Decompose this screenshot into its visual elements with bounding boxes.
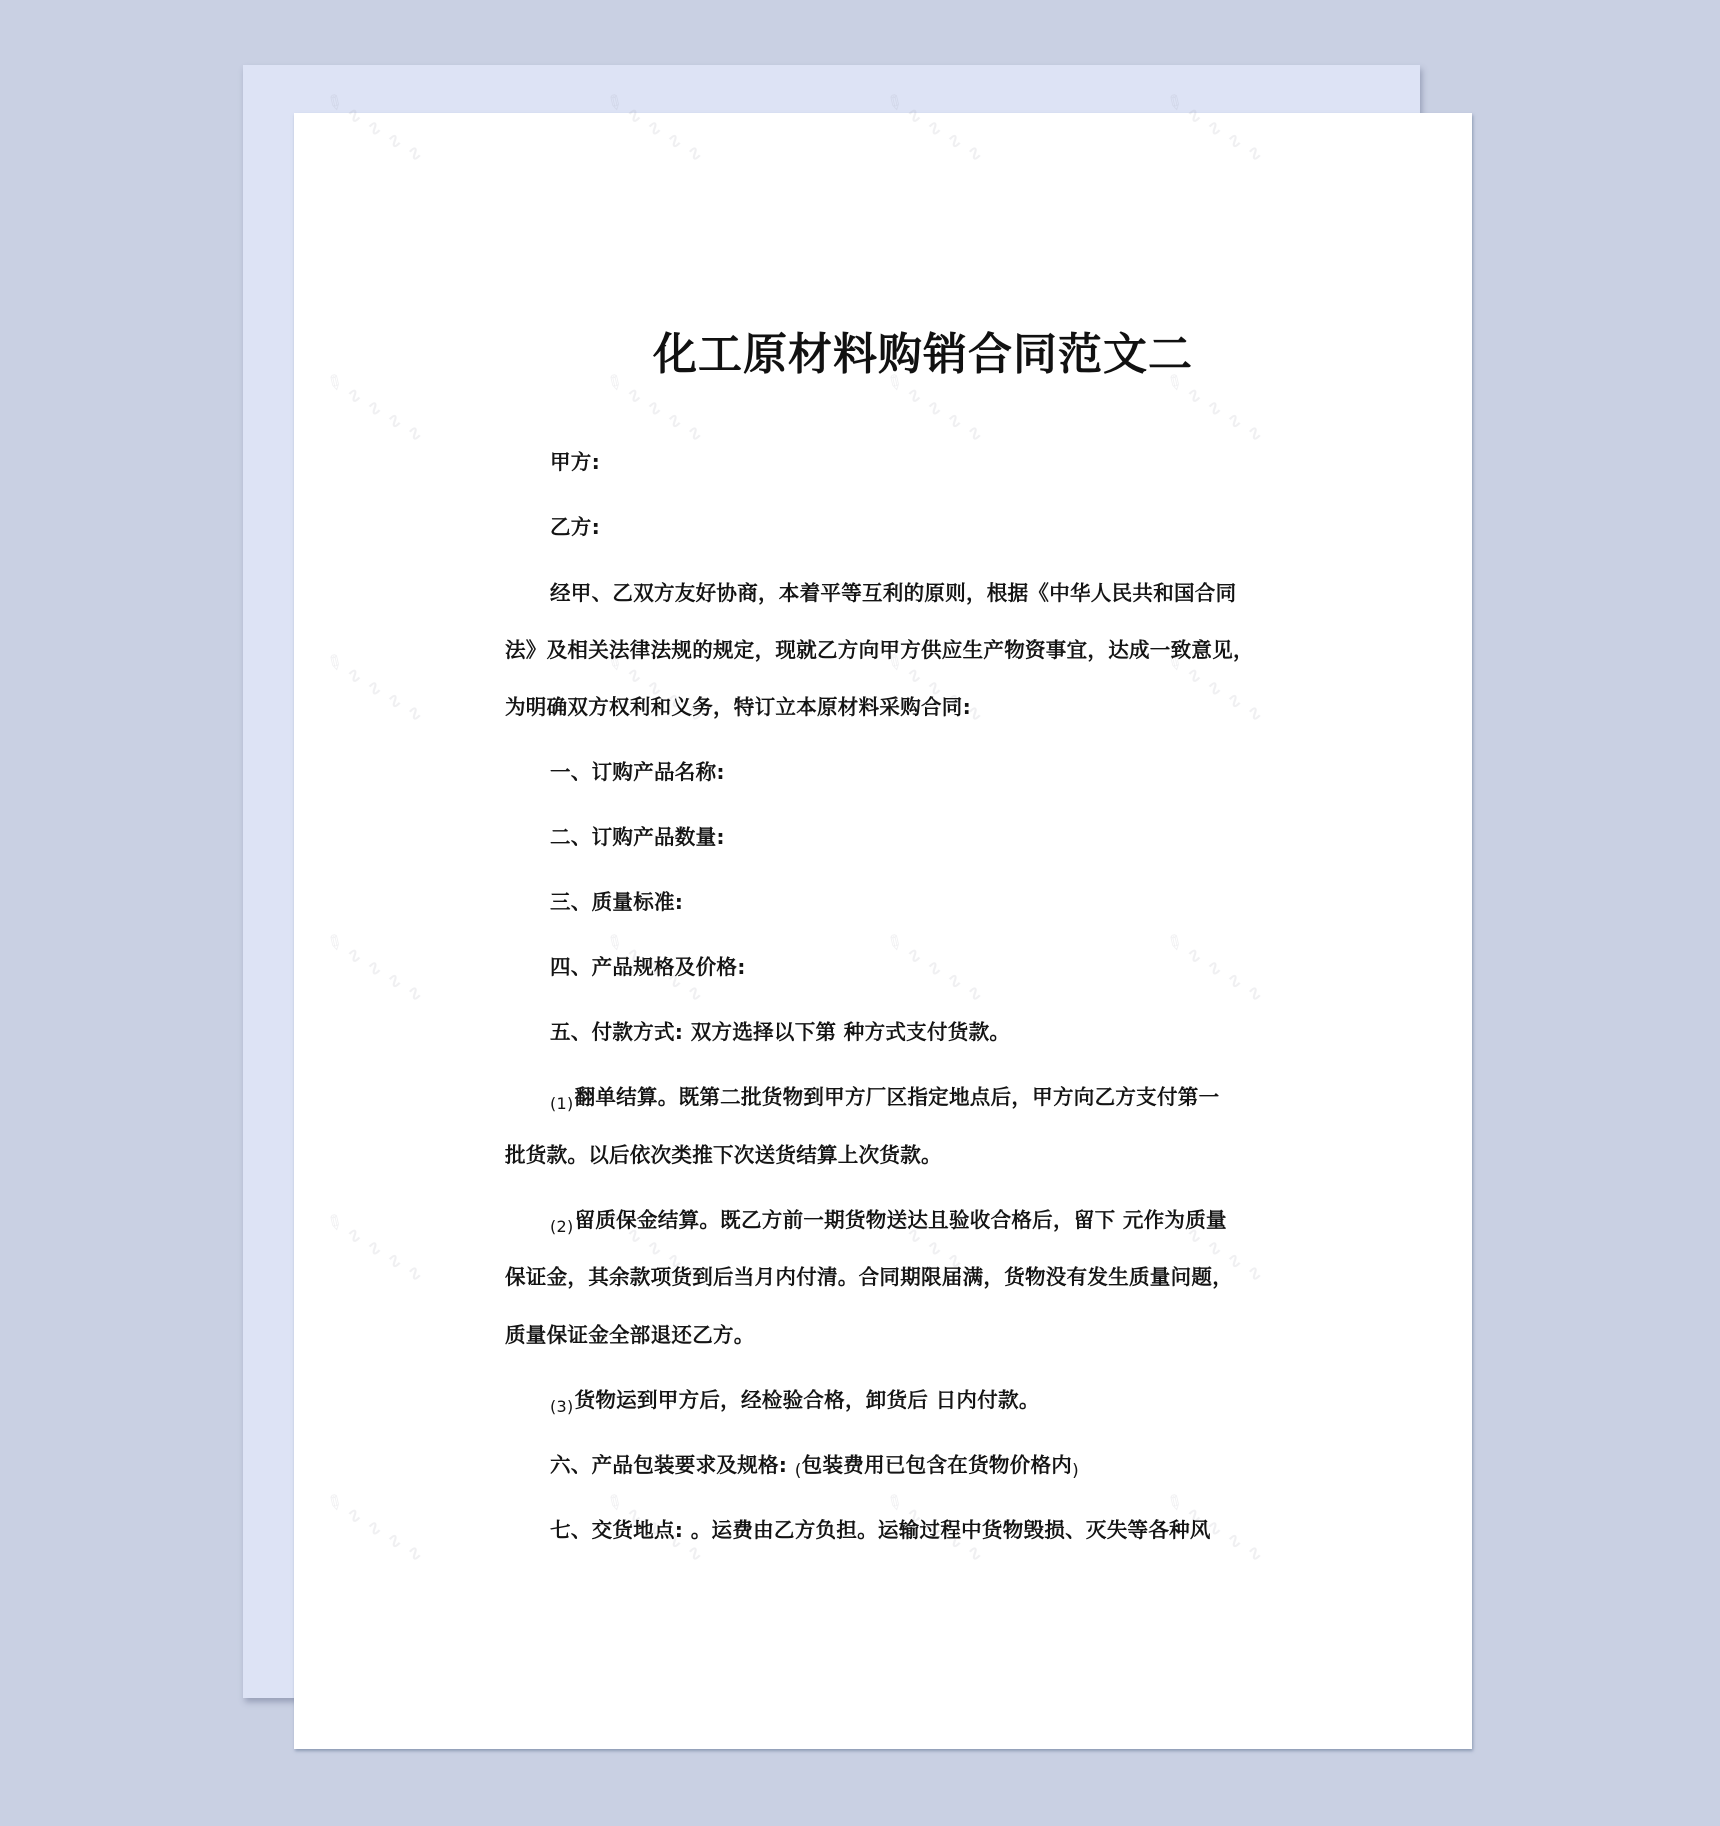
open-paren: ( (795, 1461, 802, 1481)
packaging-note: 包装费用已包含在货物价格内 (802, 1453, 1072, 1477)
option-number: (2) (550, 1217, 574, 1236)
payment-option-1: (1)翻单结算。既第二批货物到甲方厂区指定地点后，甲方向乙方支付第一 (550, 1080, 1219, 1110)
watermark: ✎ ∿ ∿ ∿ ∿ (321, 648, 428, 728)
option-text: 留质保金结算。既乙方前一期货物送达且验收合格后，留下 元作为质量 (575, 1208, 1227, 1232)
section-packaging: 六、产品包装要求及规格: (包装费用已包含在货物价格内) (550, 1448, 1079, 1478)
option-number: (1) (550, 1094, 574, 1113)
intro-paragraph-line: 为明确双方权利和义务，特订立本原材料采购合同: (505, 690, 971, 720)
watermark: ✎ ∿ ∿ ∿ ∿ (881, 928, 988, 1008)
intro-paragraph-line: 经甲、乙双方友好协商，本着平等互利的原则，根据《中华人民共和国合同 (550, 576, 1236, 606)
payment-option-2: (2)留质保金结算。既乙方前一期货物送达且验收合格后，留下 元作为质量 (550, 1203, 1227, 1233)
watermark: ✎ ∿ ∿ ∿ ∿ (321, 1208, 428, 1288)
party-b-label: 乙方: (550, 510, 600, 540)
payment-option-3: (3)货物运到甲方后，经检验合格，卸货后 日内付款。 (550, 1383, 1040, 1413)
watermark: ✎ ∿ ∿ ∿ ∿ (321, 928, 428, 1008)
option-number: (3) (550, 1397, 574, 1416)
document-title: 化工原材料购销合同范文二 (294, 318, 1472, 382)
close-paren: ) (1072, 1461, 1079, 1481)
section-product-quantity: 二、订购产品数量: (550, 820, 725, 850)
option-text: 货物运到甲方后，经检验合格，卸货后 日内付款。 (575, 1388, 1040, 1412)
section-spec-price: 四、产品规格及价格: (550, 950, 746, 980)
section-delivery-location: 七、交货地点: 。运费由乙方负担。运输过程中货物毁损、灭失等各种风 (550, 1513, 1211, 1543)
payment-option-1-continued: 批货款。以后依次类推下次送货结算上次货款。 (505, 1138, 942, 1168)
document-page: ✎ ∿ ∿ ∿ ∿ ✎ ∿ ∿ ∿ ∿ ✎ ∿ ∿ ∿ ∿ ✎ ∿ ∿ ∿ ∿ … (294, 113, 1472, 1749)
watermark: ✎ ∿ ∿ ∿ ∿ (1161, 928, 1268, 1008)
payment-option-2-continued: 质量保证金全部退还乙方。 (505, 1318, 755, 1348)
section-label: 六、产品包装要求及规格: (550, 1453, 795, 1477)
party-a-label: 甲方: (550, 445, 600, 475)
section-product-name: 一、订购产品名称: (550, 755, 725, 785)
section-payment-method: 五、付款方式: 双方选择以下第 种方式支付货款。 (550, 1015, 1010, 1045)
payment-option-2-continued: 保证金，其余款项货到后当月内付清。合同期限届满，货物没有发生质量问题， (505, 1260, 1233, 1290)
option-text: 翻单结算。既第二批货物到甲方厂区指定地点后，甲方向乙方支付第一 (575, 1085, 1220, 1109)
section-quality-standard: 三、质量标准: (550, 885, 683, 915)
intro-paragraph-line: 法》及相关法律法规的规定，现就乙方向甲方供应生产物资事宜，达成一致意见， (505, 633, 1254, 663)
watermark: ✎ ∿ ∿ ∿ ∿ (321, 1488, 428, 1568)
